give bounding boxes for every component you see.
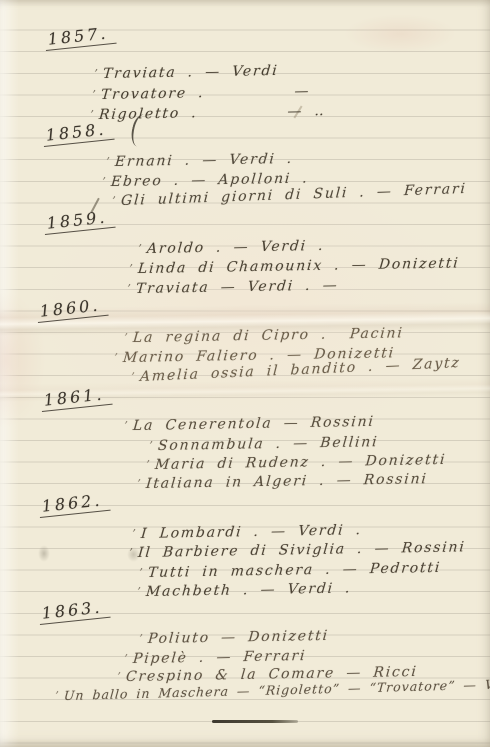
entry-line: Traviata — Verdi . — (135, 277, 339, 297)
closing-rule (212, 720, 298, 723)
entry-line: Tutti in maschera . — Pedrotti (147, 560, 442, 581)
ink-smudge (38, 545, 50, 562)
entry-line: Rigoletto . — ‥ (98, 103, 326, 123)
entry-line: I Lombardi . — Verdi . (140, 522, 362, 542)
entry-line: La Cenerentola — Rossini (132, 414, 375, 434)
entry-line: Il Barbiere di Siviglia . — Rossini (137, 539, 466, 561)
year-heading-1863: 1863. (38, 597, 111, 625)
entry-line: Sonnambula . — Bellini (157, 434, 379, 454)
entry-line: Machbeth . — Verdi . (145, 580, 352, 600)
manuscript-page: 1857.Traviata . — VerdiTrovatore . —Rigo… (0, 0, 490, 747)
entry-line: Maria di Rudenz . — Donizetti (154, 452, 447, 473)
entry-line: Ernani . — Verdi . (114, 151, 294, 170)
entry-line: La regina di Cipro . Pacini (132, 325, 404, 346)
entry-line: Linda di Chamounix . — Donizetti (137, 255, 460, 277)
year-heading-1859: 1859. (43, 207, 116, 235)
entry-line: Trovatore . — (100, 83, 311, 103)
year-heading-1857: 1857. (44, 23, 117, 51)
entry-line: Pipelè . — Ferrari (132, 648, 307, 667)
entry-line: Aroldo . — Verdi . (146, 238, 325, 257)
year-heading-1858: 1858. (42, 119, 115, 147)
entry-line: Poliuto — Donizetti (147, 628, 329, 647)
year-heading-1862: 1862. (38, 490, 111, 518)
entry-line: Traviata . — Verdi (102, 63, 279, 82)
entry-line: Italiana in Algeri . — Rossini (145, 471, 428, 492)
